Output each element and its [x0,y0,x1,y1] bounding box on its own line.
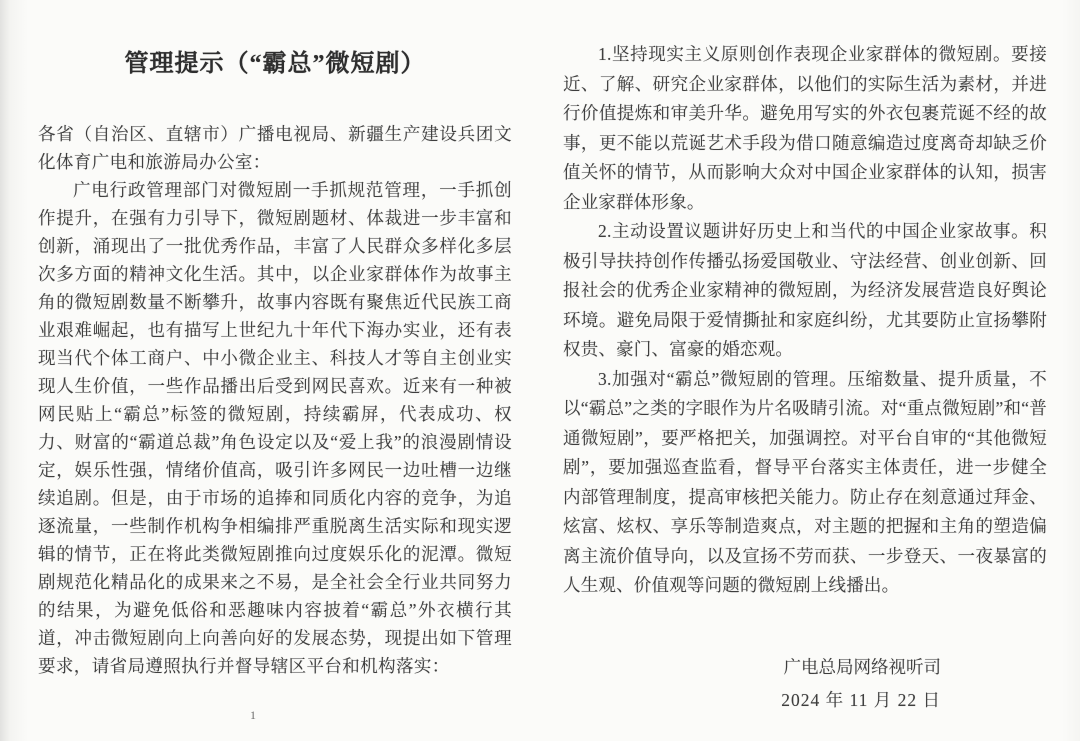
issuing-department: 广电总局网络视听司 [563,653,1047,682]
directive-item-3: 3.加强对“霸总”微短剧的管理。压缩数量、提升质量，不以“霸总”之类的字眼作为片… [563,365,1047,601]
issue-date: 2024 年 11 月 22 日 [563,686,1047,715]
signature-block: 广电总局网络视听司 2024 年 11 月 22 日 [563,653,1047,715]
right-page: 1.坚持现实主义原则创作表现企业家群体的微短剧。要接近、了解、研究企业家群体，以… [563,40,1047,715]
left-page: 管理提示（“霸总”微短剧） 各省（自治区、直辖市）广播电视局、新疆生产建设兵团文… [38,48,512,680]
page-number: 1 [250,708,256,723]
document-title: 管理提示（“霸总”微短剧） [38,48,512,80]
salutation-paragraph: 各省（自治区、直辖市）广播电视局、新疆生产建设兵团文化体育广电和旅游局办公室： [38,120,512,176]
intro-paragraph: 广电行政管理部门对微短剧一手抓规范管理，一手抓创作提升，在强有力引导下，微短剧题… [38,176,512,680]
directive-item-2: 2.主动设置议题讲好历史上和当代的中国企业家故事。积极引导扶持创作传播弘扬爱国敬… [563,217,1047,365]
scanned-document: 管理提示（“霸总”微短剧） 各省（自治区、直辖市）广播电视局、新疆生产建设兵团文… [0,0,1080,741]
directive-item-1: 1.坚持现实主义原则创作表现企业家群体的微短剧。要接近、了解、研究企业家群体，以… [563,40,1047,217]
